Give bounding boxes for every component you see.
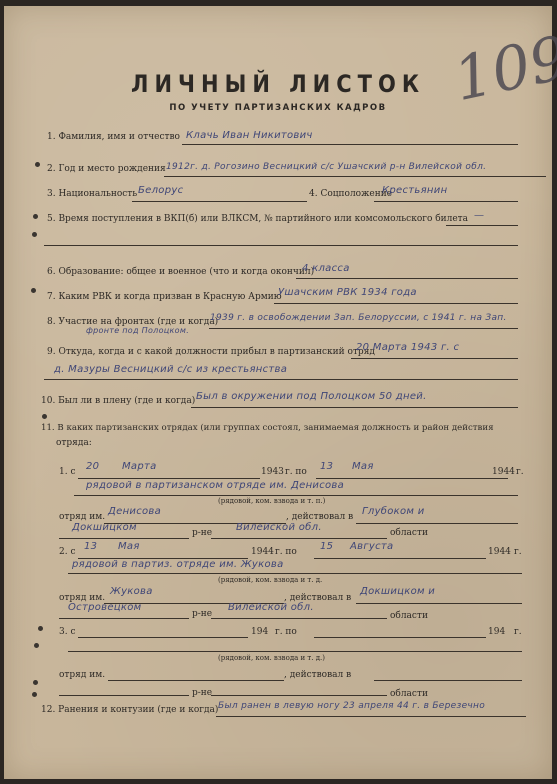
det1-from-year-suffix: г. по (285, 467, 307, 477)
field-3-value: Белорус (138, 185, 183, 196)
det3-district-line (59, 695, 189, 696)
det3-from-year-suffix: г. по (275, 627, 297, 637)
det1-from-year: 1943 (261, 467, 284, 477)
det3-to-year: 194 (488, 627, 505, 637)
det2-position-hint: (рядовой, ком. взвода и т. д. (218, 576, 322, 584)
field-5-label: 5. Время поступления в ВКП(б) или ВЛКСМ,… (47, 214, 468, 224)
det2-detachment: Жукова (110, 586, 153, 597)
det2-district: Островецком (68, 602, 142, 613)
det1-region: Вилейской обл. (236, 522, 322, 533)
field-7-value: Ушачским РВК 1934 года (278, 287, 417, 298)
det1-detachment: Денисова (108, 506, 161, 517)
det3-position-hint: (рядовой, ком. взвода и т. д.) (218, 654, 325, 662)
field-6-value: 4 класса (302, 263, 350, 274)
det1-position: рядовой в партизанском отряде им. Денисо… (86, 480, 344, 491)
field-9-value-cont: д. Мазуры Весницкий с/с из крестьянства (54, 364, 287, 375)
field-3-label: 3. Национальность (47, 189, 137, 199)
binder-hole (42, 414, 47, 419)
binder-hole (33, 680, 38, 685)
det3-to-line (314, 637, 486, 638)
det1-detachment-label: отряд им. (59, 512, 105, 522)
det1-to-year: 1944 (492, 467, 515, 477)
det1-district-label: р-не (192, 528, 212, 538)
field-12-label: 12. Ранения и контузии (где и когда) (41, 705, 218, 715)
det2-region-line (211, 618, 387, 619)
field-4-line (374, 201, 518, 202)
det2-to-month: Августа (350, 541, 393, 552)
field-2-value: 1912г. д. Рогозино Весницкий с/с Ушачски… (166, 162, 486, 172)
field-9-label: 9. Откуда, когда и с какой должности при… (47, 347, 375, 357)
binder-hole (31, 288, 36, 293)
det1-region-label: области (390, 528, 428, 538)
binder-hole (38, 626, 43, 631)
field-11-label-cont: отряда: (56, 438, 92, 448)
det2-district-line (59, 618, 189, 619)
det1-from-month: Марта (122, 461, 157, 472)
det1-position-hint: (рядовой, ком. взвода и т. п.) (218, 497, 325, 505)
det2-from-year: 1944 (251, 547, 274, 557)
det2-from-month: Мая (118, 541, 140, 552)
field-4-value: Крестьянин (382, 185, 447, 196)
det3-from-line (78, 637, 248, 638)
field-5-line-2 (44, 245, 518, 246)
field-9-line-2 (44, 379, 518, 380)
det1-district: Докшицком (72, 522, 137, 533)
det3-region-label: области (390, 689, 428, 699)
det3-from-year: 194 (251, 627, 268, 637)
det1-acted-label: , действовал в (286, 512, 353, 522)
binder-hole (32, 232, 37, 237)
det2-acted-line (356, 603, 522, 604)
det1-to-year-suffix: г. (516, 467, 524, 477)
det2-district-label: р-не (192, 609, 212, 619)
det3-region-line (211, 695, 387, 696)
det2-from-day: 13 (84, 541, 97, 552)
field-6-label: 6. Образование: общее и военное (что и к… (47, 267, 314, 277)
field-7-label: 7. Каким РВК и когда призван в Красную А… (47, 292, 282, 302)
field-4-label: 4. Соцположение (309, 189, 392, 199)
field-5-value: — (474, 210, 484, 221)
det1-district-line (59, 538, 189, 539)
det1-from-day: 20 (86, 461, 99, 472)
det2-acted: Докшицком и (360, 586, 435, 597)
document-subtitle: ПО УЧЕТУ ПАРТИЗАНСКИХ КАДРОВ (4, 103, 552, 113)
field-7-line (274, 303, 518, 304)
field-6-line (296, 278, 518, 279)
field-2-line (164, 176, 546, 177)
field-1-label: 1. Фамилия, имя и отчество (47, 132, 180, 142)
field-8-value: 1939 г. в освобождении Зап. Белоруссии, … (210, 313, 507, 323)
field-10-line (191, 407, 518, 408)
binder-hole (34, 643, 39, 648)
field-10-label: 10. Был ли в плену (где и когда) (41, 396, 195, 406)
det3-to-year-suffix: г. (514, 627, 522, 637)
det2-region-label: области (390, 611, 428, 621)
binder-hole (33, 214, 38, 219)
det2-from-year-suffix: г. по (275, 547, 297, 557)
field-10-value: Был в окружении под Полоцком 50 дней. (196, 391, 427, 402)
field-5-line (446, 225, 518, 226)
det2-region: Вилейской обл. (228, 602, 314, 613)
binder-hole (32, 692, 37, 697)
field-1-value: Клачь Иван Никитович (186, 130, 313, 141)
det3-district-label: р-не (192, 688, 212, 698)
field-9-line (351, 358, 518, 359)
det3-detachment-label: отряд им. (59, 670, 105, 680)
det1-position-line (74, 495, 518, 496)
det2-to-year: 1944 (488, 547, 511, 557)
det1-to-day: 13 (320, 461, 333, 472)
det3-position-line (68, 651, 522, 652)
binder-hole (35, 162, 40, 167)
det3-index: 3. с (59, 627, 76, 637)
field-12-line (216, 716, 526, 717)
field-1-line (182, 144, 518, 145)
det2-to-year-suffix: г. (514, 547, 522, 557)
det3-detachment-line (108, 680, 284, 681)
det2-to-line (314, 558, 486, 559)
document-sheet: 109 ЛИЧНЫЙ ЛИСТОК ПО УЧЕТУ ПАРТИЗАНСКИХ … (4, 6, 552, 779)
det1-to-month: Мая (352, 461, 374, 472)
field-3-line (132, 201, 307, 202)
det3-acted-label: , действовал в (284, 670, 351, 680)
det3-acted-line (374, 680, 522, 681)
det1-to-line (316, 478, 508, 479)
archive-number: 109 (448, 23, 557, 115)
det1-acted: Глубоком и (362, 506, 425, 517)
document-title: ЛИЧНЫЙ ЛИСТОК (4, 70, 552, 98)
field-9-value: 20 Марта 1943 г. с (356, 342, 459, 353)
det1-from-line (78, 478, 260, 479)
field-12-value: Был ранен в левую ногу 23 апреля 44 г. в… (218, 701, 485, 711)
det2-index: 2. с (59, 547, 76, 557)
field-2-label: 2. Год и место рождения (47, 164, 166, 174)
field-8-line (209, 328, 518, 329)
det2-to-day: 15 (320, 541, 333, 552)
det2-position: рядовой в партиз. отряде им. Жукова (72, 559, 284, 570)
det1-acted-line (356, 523, 518, 524)
det1-index: 1. с (59, 467, 76, 477)
field-11-label: 11. В каких партизанских отрядах (или гр… (41, 423, 494, 433)
field-8-value-cont: фронте под Полоцком. (86, 326, 189, 335)
det2-position-line (68, 573, 522, 574)
det1-region-line (211, 538, 387, 539)
